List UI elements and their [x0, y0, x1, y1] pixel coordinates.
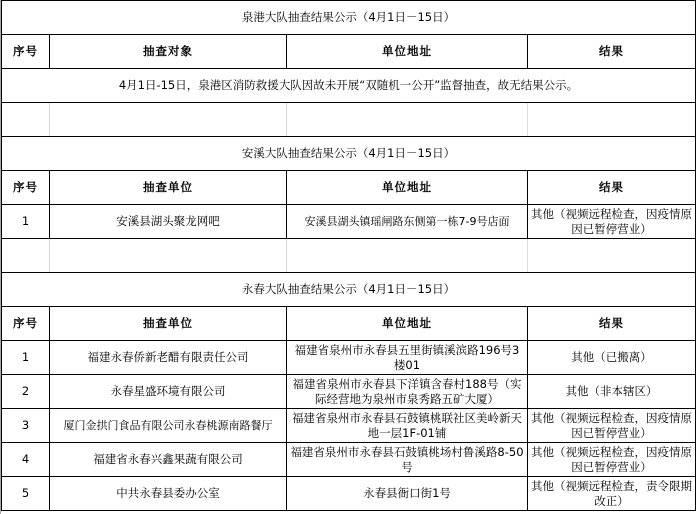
header-address[interactable]: 单位地址 — [287, 35, 528, 69]
header-unit[interactable]: 抽查单位 — [50, 307, 287, 341]
blank-row — [2, 239, 696, 273]
note-row: 4月1日-15日，泉港区消防救援大队因故未开展“双随机一公开”监督抽查，故无结果… — [2, 69, 696, 103]
cell-address[interactable]: 永春县衙口街1号 — [287, 477, 528, 511]
cell-no[interactable]: 2 — [2, 375, 50, 409]
table-row: 1 安溪县湖头聚龙网吧 安溪县湖头镇瑶闸路东侧第一栋7-9号店面 其他（视频远程… — [2, 205, 696, 239]
cell-unit[interactable]: 福建永春侨新老醋有限责任公司 — [50, 341, 287, 375]
spreadsheet-view: 泉港大队抽查结果公示（4月1日－15日） 序号 抽查对象 单位地址 结果 4月1… — [0, 0, 698, 514]
header-row: 序号 抽查单位 单位地址 结果 — [2, 171, 696, 205]
section-title-quangang[interactable]: 泉港大队抽查结果公示（4月1日－15日） — [2, 1, 696, 35]
section-title-yongchun[interactable]: 永春大队抽查结果公示（4月1日－15日） — [2, 273, 696, 307]
section-title-row: 安溪大队抽查结果公示（4月1日－15日） — [2, 137, 696, 171]
blank-row — [2, 103, 696, 137]
blank-cell[interactable] — [2, 103, 50, 137]
blank-cell[interactable] — [50, 239, 287, 273]
header-row: 序号 抽查对象 单位地址 结果 — [2, 35, 696, 69]
header-address[interactable]: 单位地址 — [287, 171, 528, 205]
cell-address[interactable]: 福建省泉州市永春县石鼓镇桃联社区美岭新天地一层1F-01铺 — [287, 409, 528, 443]
blank-cell[interactable] — [287, 239, 528, 273]
cell-address[interactable]: 福建省泉州市永春县下洋镇含春村188号（实际经营地为泉州市泉秀路五矿大厦） — [287, 375, 528, 409]
header-no[interactable]: 序号 — [2, 307, 50, 341]
header-address[interactable]: 单位地址 — [287, 307, 528, 341]
section-title-anxi[interactable]: 安溪大队抽查结果公示（4月1日－15日） — [2, 137, 696, 171]
header-row: 序号 抽查单位 单位地址 结果 — [2, 307, 696, 341]
blank-cell[interactable] — [2, 239, 50, 273]
cell-result[interactable]: 其他（已搬离） — [528, 341, 696, 375]
cell-result[interactable]: 其他（视频远程检查，因疫情原因已暂停营业） — [528, 409, 696, 443]
blank-cell[interactable] — [50, 103, 287, 137]
header-unit[interactable]: 抽查单位 — [50, 171, 287, 205]
cell-result[interactable]: 其他（视频远程检查，责令限期改正） — [528, 477, 696, 511]
table-row: 1 福建永春侨新老醋有限责任公司 福建省泉州市永春县五里街镇溪滨路196号3楼0… — [2, 341, 696, 375]
cell-no[interactable]: 1 — [2, 341, 50, 375]
blank-cell[interactable] — [287, 103, 528, 137]
header-target[interactable]: 抽查对象 — [50, 35, 287, 69]
blank-cell[interactable] — [528, 239, 696, 273]
cell-no[interactable]: 4 — [2, 443, 50, 477]
cell-result[interactable]: 其他（视频远程检查，因疫情原因已暂停营业） — [528, 205, 696, 239]
inspection-results-table: 泉港大队抽查结果公示（4月1日－15日） 序号 抽查对象 单位地址 结果 4月1… — [1, 0, 696, 511]
cell-unit[interactable]: 永春星盛环境有限公司 — [50, 375, 287, 409]
cell-no[interactable]: 3 — [2, 409, 50, 443]
table-row: 5 中共永春县委办公室 永春县衙口街1号 其他（视频远程检查，责令限期改正） — [2, 477, 696, 511]
header-result[interactable]: 结果 — [528, 307, 696, 341]
header-result[interactable]: 结果 — [528, 35, 696, 69]
blank-cell[interactable] — [528, 103, 696, 137]
cell-address[interactable]: 安溪县湖头镇瑶闸路东侧第一栋7-9号店面 — [287, 205, 528, 239]
table-row: 4 福建省永春兴鑫果蔬有限公司 福建省泉州市永春县石鼓镇桃场村鲁溪路8-50号 … — [2, 443, 696, 477]
table-row: 2 永春星盛环境有限公司 福建省泉州市永春县下洋镇含春村188号（实际经营地为泉… — [2, 375, 696, 409]
cell-unit[interactable]: 福建省永春兴鑫果蔬有限公司 — [50, 443, 287, 477]
header-no[interactable]: 序号 — [2, 35, 50, 69]
cell-unit[interactable]: 安溪县湖头聚龙网吧 — [50, 205, 287, 239]
section-title-row: 泉港大队抽查结果公示（4月1日－15日） — [2, 1, 696, 35]
cell-unit[interactable]: 厦门金拱门食品有限公司永春桃源南路餐厅 — [50, 409, 287, 443]
cell-address[interactable]: 福建省泉州市永春县石鼓镇桃场村鲁溪路8-50号 — [287, 443, 528, 477]
cell-no[interactable]: 1 — [2, 205, 50, 239]
cell-result[interactable]: 其他（非本辖区） — [528, 375, 696, 409]
header-result[interactable]: 结果 — [528, 171, 696, 205]
table-row: 3 厦门金拱门食品有限公司永春桃源南路餐厅 福建省泉州市永春县石鼓镇桃联社区美岭… — [2, 409, 696, 443]
section-title-row: 永春大队抽查结果公示（4月1日－15日） — [2, 273, 696, 307]
cell-result[interactable]: 其他（视频远程检查，因疫情原因已暂停营业） — [528, 443, 696, 477]
header-no[interactable]: 序号 — [2, 171, 50, 205]
no-inspection-note[interactable]: 4月1日-15日，泉港区消防救援大队因故未开展“双随机一公开”监督抽查，故无结果… — [2, 69, 696, 103]
cell-unit[interactable]: 中共永春县委办公室 — [50, 477, 287, 511]
cell-no[interactable]: 5 — [2, 477, 50, 511]
cell-address[interactable]: 福建省泉州市永春县五里街镇溪滨路196号3楼01 — [287, 341, 528, 375]
